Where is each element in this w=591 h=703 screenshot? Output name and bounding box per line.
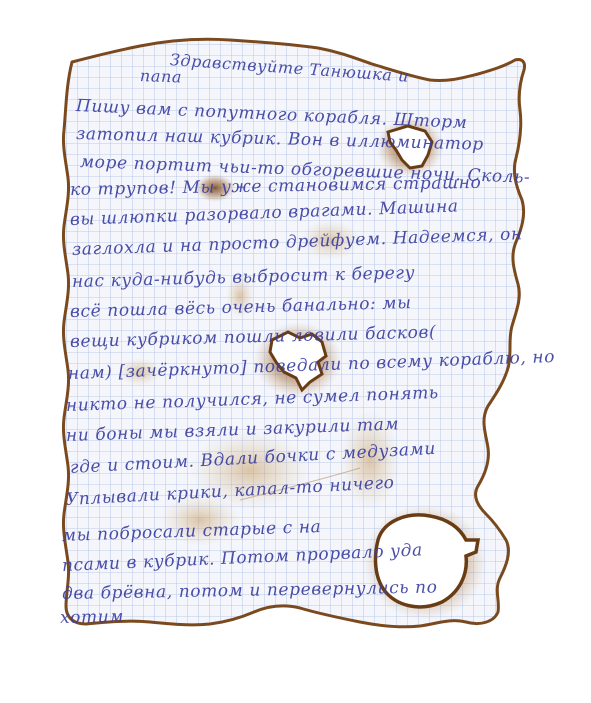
letter-line-15: мы побросали старые с на (62, 517, 322, 546)
letter-line-18: хотим (60, 607, 124, 628)
letter-line-7: нас куда-нибудь выбросит к берегу (72, 263, 416, 292)
letter-line-14: Уплывали крики, капал-то ничего (65, 473, 395, 510)
handwriting-layer: Здравствуйте Танюшка и папа Пишу вам с п… (0, 0, 591, 703)
letter-line-13: где и стоим. Вдали бочки с медузами (69, 439, 436, 478)
letter-line-9: вещи кубриком пошли ловили басков( (70, 322, 437, 352)
letter-line-8: всё пошла вёсь очень банально: мы (70, 293, 412, 322)
greeting-line-1: Здравствуйте Танюшка и (169, 50, 409, 86)
letter-line-16: псами в кубрик. Потом прорвало уда (62, 540, 424, 576)
letter-line-12: ни боны мы взяли и закурили там (66, 414, 400, 446)
greeting-line-2: папа (140, 66, 183, 86)
letter-line-5: вы шлюпки разорвало врагами. Машина (70, 196, 459, 230)
letter-line-10: нам) [зачёркнуто] поведали по всему кора… (68, 347, 556, 384)
letter-line-17: два брёвна, потом и перевернулись по (62, 577, 438, 604)
letter-line-6: заглохла и на просто дрейфуем. Надеемся,… (72, 224, 523, 260)
letter-line-4: ко трупов! Мы уже становимся страшно (70, 173, 482, 200)
scanned-letter: Здравствуйте Танюшка и папа Пишу вам с п… (0, 0, 591, 703)
letter-line-11: никто не получился, не сумел понять (66, 383, 439, 416)
